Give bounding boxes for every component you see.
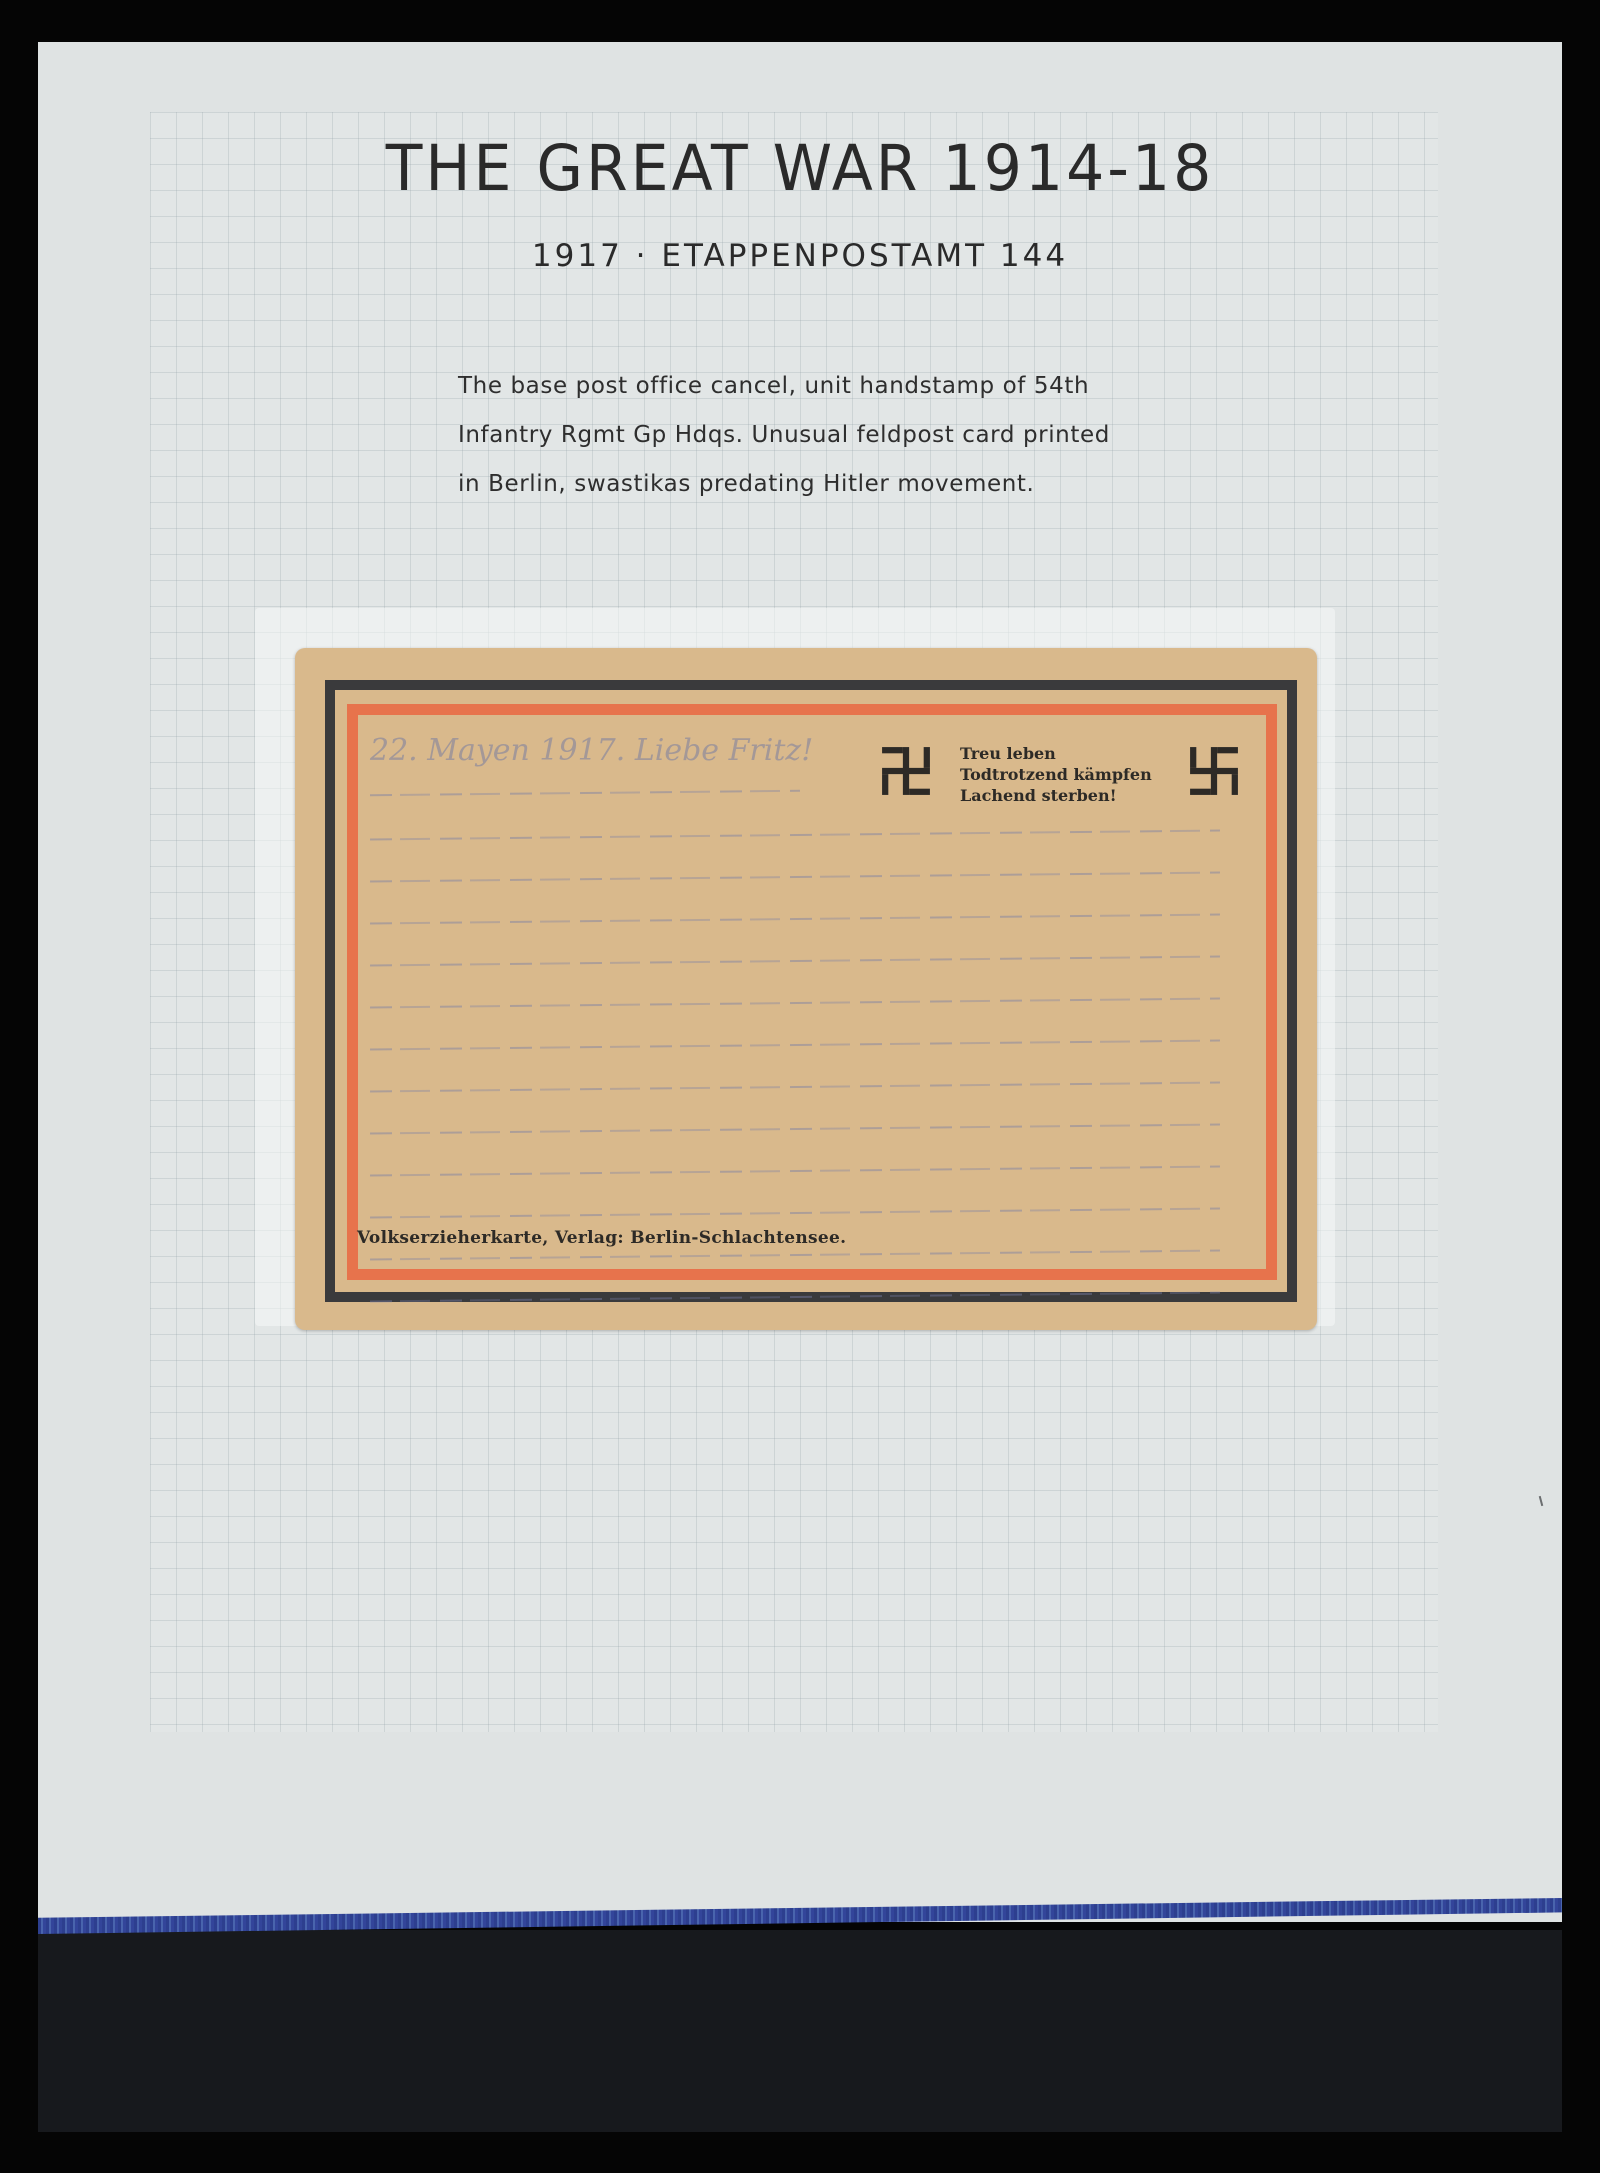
description-line: The base post office cancel, unit handst… bbox=[458, 362, 1218, 411]
description-line: in Berlin, swastikas predating Hitler mo… bbox=[458, 460, 1218, 509]
album-cover bbox=[38, 1930, 1562, 2132]
handwritten-line bbox=[370, 1150, 1220, 1192]
handwritten-line bbox=[370, 814, 1220, 856]
handwritten-line bbox=[370, 898, 1220, 940]
publisher-imprint: Volkserzieherkarte, Verlag: Berlin-Schla… bbox=[357, 1228, 846, 1248]
description-line: Infantry Rgmt Gp Hdqs. Unusual feldpost … bbox=[458, 411, 1218, 460]
feldpost-card[interactable]: 22. Mayen 1917. Liebe Fritz! Treu leben bbox=[295, 648, 1317, 1330]
handwritten-line bbox=[370, 1276, 1220, 1318]
motto-line: Todtrotzend kämpfen bbox=[960, 764, 1152, 785]
printed-motto: Treu leben Todtrotzend kämpfen Lachend s… bbox=[960, 743, 1152, 806]
motto-line: Treu leben bbox=[960, 743, 1152, 764]
handwritten-line bbox=[370, 772, 800, 814]
printed-emblem-left-icon bbox=[880, 745, 932, 797]
paper-mark bbox=[1539, 1496, 1544, 1506]
page-subtitle: 1917 · ETAPPENPOSTAMT 144 bbox=[38, 238, 1562, 274]
handwritten-line bbox=[370, 1066, 1220, 1108]
handwritten-line bbox=[370, 1024, 1220, 1066]
handwritten-line bbox=[370, 940, 1220, 982]
motto-line: Lachend sterben! bbox=[960, 785, 1152, 806]
handwritten-line bbox=[370, 1108, 1220, 1150]
printed-emblem-right-icon bbox=[1188, 745, 1240, 797]
page-title: THE GREAT WAR 1914-18 bbox=[38, 132, 1562, 206]
description-text: The base post office cancel, unit handst… bbox=[458, 362, 1218, 509]
handwritten-line bbox=[370, 856, 1220, 898]
handwritten-line bbox=[370, 982, 1220, 1024]
